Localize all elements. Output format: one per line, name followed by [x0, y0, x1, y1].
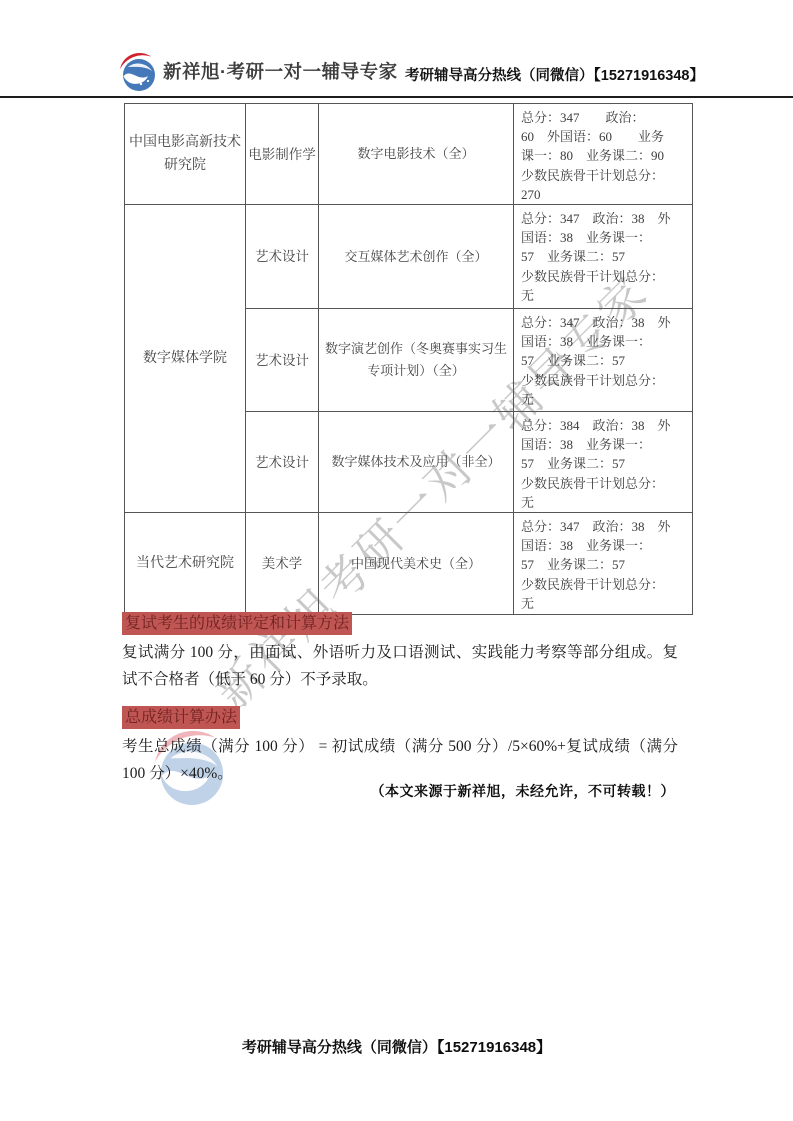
- institution-cell: 中国电影高新技术研究院: [125, 104, 246, 205]
- admission-scores-table: 中国电影高新技术研究院 电影制作学 数字电影技术（全） 总分：347 政治： 6…: [124, 103, 693, 615]
- section-total-score-calculation: 总成绩计算办法 考生总成绩（满分 100 分） = 初试成绩（满分 500 分）…: [122, 706, 678, 787]
- scores-cell: 总分：347 政治：38 外 国语：38 业务课一： 57 业务课二：57 少数…: [514, 309, 693, 412]
- department-cell: 艺术设计: [246, 309, 319, 412]
- institution-cell: 当代艺术研究院: [125, 513, 246, 615]
- scores-cell: 总分：347 政治： 60 外国语：60 业务 课一：80 业务课二：90 少数…: [514, 104, 693, 205]
- department-cell: 艺术设计: [246, 205, 319, 309]
- footer-hotline: 考研辅导高分热线（同微信）【15271916348】: [0, 1036, 793, 1057]
- section-heading-highlight: 复试考生的成绩评定和计算方法: [122, 612, 352, 635]
- table-row: 中国电影高新技术研究院 电影制作学 数字电影技术（全） 总分：347 政治： 6…: [125, 104, 693, 205]
- scores-cell: 总分：347 政治：38 外 国语：38 业务课一： 57 业务课二：57 少数…: [514, 205, 693, 309]
- program-cell: 交互媒体艺术创作（全）: [319, 205, 514, 309]
- section-body-text: 考生总成绩（满分 100 分） = 初试成绩（满分 500 分）/5×60%+复…: [122, 733, 678, 787]
- program-cell: 数字媒体技术及应用（非全）: [319, 412, 514, 513]
- table-row: 当代艺术研究院 美术学 中国现代美术史（全） 总分：347 政治：38 外 国语…: [125, 513, 693, 615]
- scores-cell: 总分：384 政治：38 外 国语：38 业务课一： 57 业务课二：57 少数…: [514, 412, 693, 513]
- source-note: （本文来源于新祥旭，未经允许，不可转载！）: [124, 781, 675, 801]
- table-row: 数字媒体学院 艺术设计 交互媒体艺术创作（全） 总分：347 政治：38 外 国…: [125, 205, 693, 309]
- brand-logo-icon: [118, 52, 158, 92]
- institution-cell: 数字媒体学院: [125, 205, 246, 513]
- department-cell: 美术学: [246, 513, 319, 615]
- header-hotline: 考研辅导高分热线（同微信）【15271916348】: [405, 64, 704, 85]
- brand-title: 新祥旭·考研一对一辅导专家: [163, 58, 398, 84]
- department-cell: 电影制作学: [246, 104, 319, 205]
- body-sections: 复试考生的成绩评定和计算方法 复试满分 100 分，由面试、外语听力及口语测试、…: [122, 612, 678, 787]
- program-cell: 数字电影技术（全）: [319, 104, 514, 205]
- section-retest-evaluation: 复试考生的成绩评定和计算方法 复试满分 100 分，由面试、外语听力及口语测试、…: [122, 612, 678, 693]
- program-cell: 数字演艺创作（冬奥赛事实习生 专项计划）（全）: [319, 309, 514, 412]
- header-divider: [0, 96, 793, 98]
- program-cell: 中国现代美术史（全）: [319, 513, 514, 615]
- scores-cell: 总分：347 政治：38 外 国语：38 业务课一： 57 业务课二：57 少数…: [514, 513, 693, 615]
- section-heading-highlight: 总成绩计算办法: [122, 706, 240, 729]
- department-cell: 艺术设计: [246, 412, 319, 513]
- section-body-text: 复试满分 100 分，由面试、外语听力及口语测试、实践能力考察等部分组成。复试不…: [122, 639, 678, 693]
